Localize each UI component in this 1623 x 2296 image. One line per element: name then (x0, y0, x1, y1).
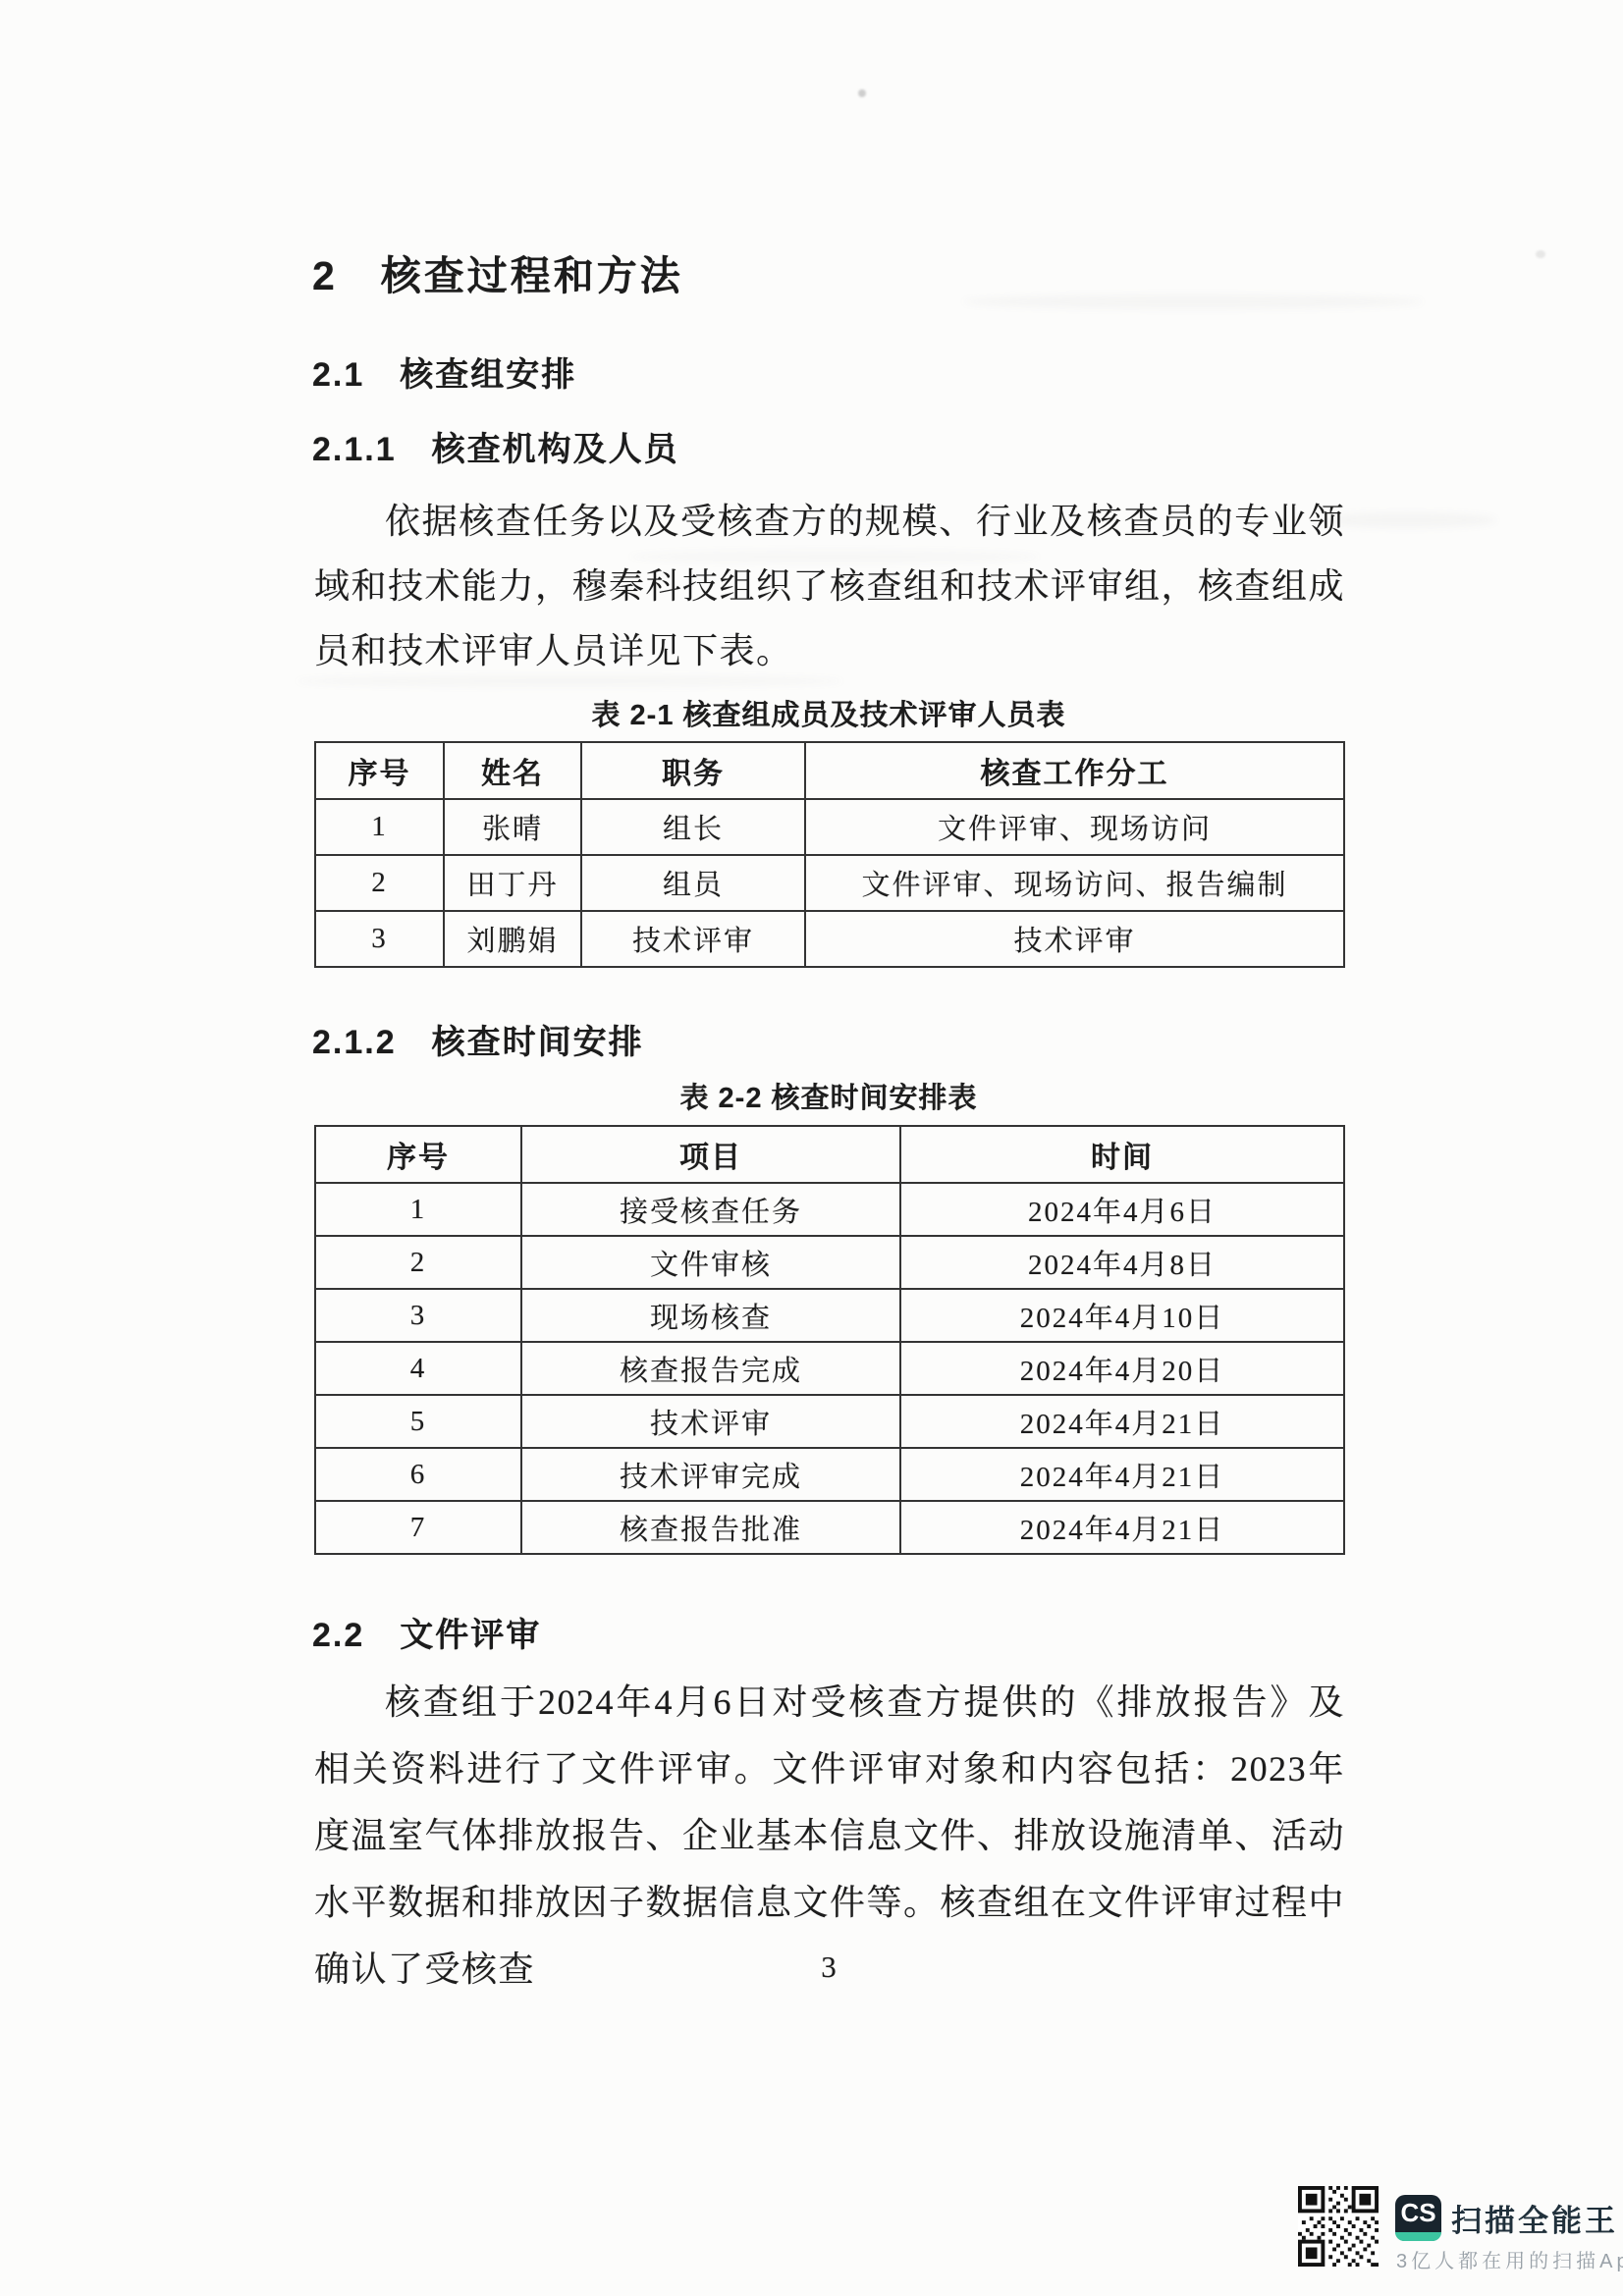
table-row: 5 技术评审 2024年4月21日 (315, 1395, 1344, 1448)
column-header: 序号 (315, 1126, 521, 1183)
column-header: 核查工作分工 (805, 742, 1344, 799)
cell-index: 2 (315, 855, 444, 911)
cell-index: 1 (315, 799, 444, 855)
table-row: 1 接受核查任务 2024年4月6日 (315, 1183, 1344, 1236)
cell-index: 3 (315, 1289, 521, 1342)
table-row: 2 田丁丹 组员 文件评审、现场访问、报告编制 (315, 855, 1344, 911)
column-header: 姓名 (444, 742, 581, 799)
chapter-heading: 2 核查过程和方法 (312, 243, 683, 301)
scan-artifact (962, 294, 1424, 309)
column-header: 时间 (900, 1126, 1344, 1183)
cell-duty: 文件评审、现场访问 (805, 799, 1344, 855)
cell-index: 7 (315, 1501, 521, 1554)
cell-role: 组员 (581, 855, 805, 911)
camscanner-watermark: CS 扫描全能王 3亿人都在用的扫描App (1298, 2183, 1602, 2276)
cell-index: 4 (315, 1342, 521, 1395)
page-number: 3 (314, 1949, 1343, 1985)
table-header-row: 序号 项目 时间 (315, 1126, 1344, 1183)
scan-artifact (858, 89, 866, 97)
table-row: 3 刘鹏娟 技术评审 技术评审 (315, 911, 1344, 967)
section-heading-2-1-1: 2.1.1 核查机构及人员 (312, 422, 679, 470)
section-heading-2-1-2: 2.1.2 核查时间安排 (312, 1015, 644, 1063)
scan-artifact (1536, 250, 1545, 258)
cell-role: 组长 (581, 799, 805, 855)
logo-accent-bar (1395, 2232, 1441, 2241)
table-row: 1 张晴 组长 文件评审、现场访问 (315, 799, 1344, 855)
qr-code-icon (1298, 2186, 1379, 2267)
verification-schedule-table: 序号 项目 时间 1 接受核查任务 2024年4月6日 2 文件审核 2024年… (314, 1125, 1345, 1555)
cell-item: 现场核查 (521, 1289, 900, 1342)
camscanner-brand-name: 扫描全能王 (1451, 2196, 1618, 2240)
table-row: 7 核查报告批准 2024年4月21日 (315, 1501, 1344, 1554)
cell-item: 接受核查任务 (521, 1183, 900, 1236)
cell-item: 技术评审 (521, 1395, 900, 1448)
verification-team-table: 序号 姓名 职务 核查工作分工 1 张晴 组长 文件评审、现场访问 2 田丁丹 … (314, 741, 1345, 968)
logo-cs-text: CS (1395, 2198, 1441, 2228)
table1-caption: 表 2-1 核查组成员及技术评审人员表 (314, 693, 1343, 733)
cell-date: 2024年4月21日 (900, 1448, 1344, 1501)
body-paragraph-1: 依据核查任务以及受核查方的规模、行业及核查员的专业领域和技术能力，穆秦科技组织了… (314, 489, 1345, 683)
section-heading-2-2: 2.2 文件评审 (312, 1608, 541, 1656)
cell-date: 2024年4月6日 (900, 1183, 1344, 1236)
cell-name: 刘鹏娟 (444, 911, 581, 967)
cell-duty: 技术评审 (805, 911, 1344, 967)
table-row: 6 技术评审完成 2024年4月21日 (315, 1448, 1344, 1501)
cell-item: 核查报告完成 (521, 1342, 900, 1395)
column-header: 职务 (581, 742, 805, 799)
cell-item: 技术评审完成 (521, 1448, 900, 1501)
camscanner-logo-icon: CS (1395, 2195, 1441, 2241)
column-header: 项目 (521, 1126, 900, 1183)
camscanner-tagline: 3亿人都在用的扫描App (1396, 2245, 1623, 2273)
column-header: 序号 (315, 742, 444, 799)
cell-name: 张晴 (444, 799, 581, 855)
cell-date: 2024年4月8日 (900, 1236, 1344, 1289)
scanned-document-page: 2 核查过程和方法 2.1 核查组安排 2.1.1 核查机构及人员 依据核查任务… (0, 0, 1623, 2296)
cell-index: 6 (315, 1448, 521, 1501)
cell-index: 1 (315, 1183, 521, 1236)
cell-index: 5 (315, 1395, 521, 1448)
cell-role: 技术评审 (581, 911, 805, 967)
cell-date: 2024年4月10日 (900, 1289, 1344, 1342)
table-header-row: 序号 姓名 职务 核查工作分工 (315, 742, 1344, 799)
cell-date: 2024年4月20日 (900, 1342, 1344, 1395)
table-row: 2 文件审核 2024年4月8日 (315, 1236, 1344, 1289)
cell-duty: 文件评审、现场访问、报告编制 (805, 855, 1344, 911)
cell-name: 田丁丹 (444, 855, 581, 911)
cell-date: 2024年4月21日 (900, 1501, 1344, 1554)
cell-index: 3 (315, 911, 444, 967)
cell-item: 核查报告批准 (521, 1501, 900, 1554)
cell-date: 2024年4月21日 (900, 1395, 1344, 1448)
cell-index: 2 (315, 1236, 521, 1289)
cell-item: 文件审核 (521, 1236, 900, 1289)
table-row: 3 现场核查 2024年4月10日 (315, 1289, 1344, 1342)
section-heading-2-1: 2.1 核查组安排 (312, 347, 576, 396)
table2-caption: 表 2-2 核查时间安排表 (314, 1076, 1343, 1116)
table-row: 4 核查报告完成 2024年4月20日 (315, 1342, 1344, 1395)
